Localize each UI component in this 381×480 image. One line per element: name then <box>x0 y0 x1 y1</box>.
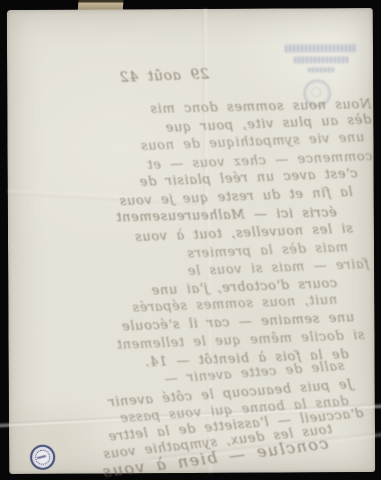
letterhead-stamp-line-3 <box>308 67 334 72</box>
scanned-letter-page: { "scan": { "background_color": "#070707… <box>0 0 381 480</box>
letter-date: 29 août 42 <box>119 67 209 86</box>
letterhead-stamp-line-1 <box>285 44 357 52</box>
letterhead-stamp-line-2 <box>294 56 348 63</box>
letterhead-stamp <box>279 44 363 76</box>
letter-paper: 29 août 42 Nous nous sommes donc mis dès… <box>7 8 375 474</box>
